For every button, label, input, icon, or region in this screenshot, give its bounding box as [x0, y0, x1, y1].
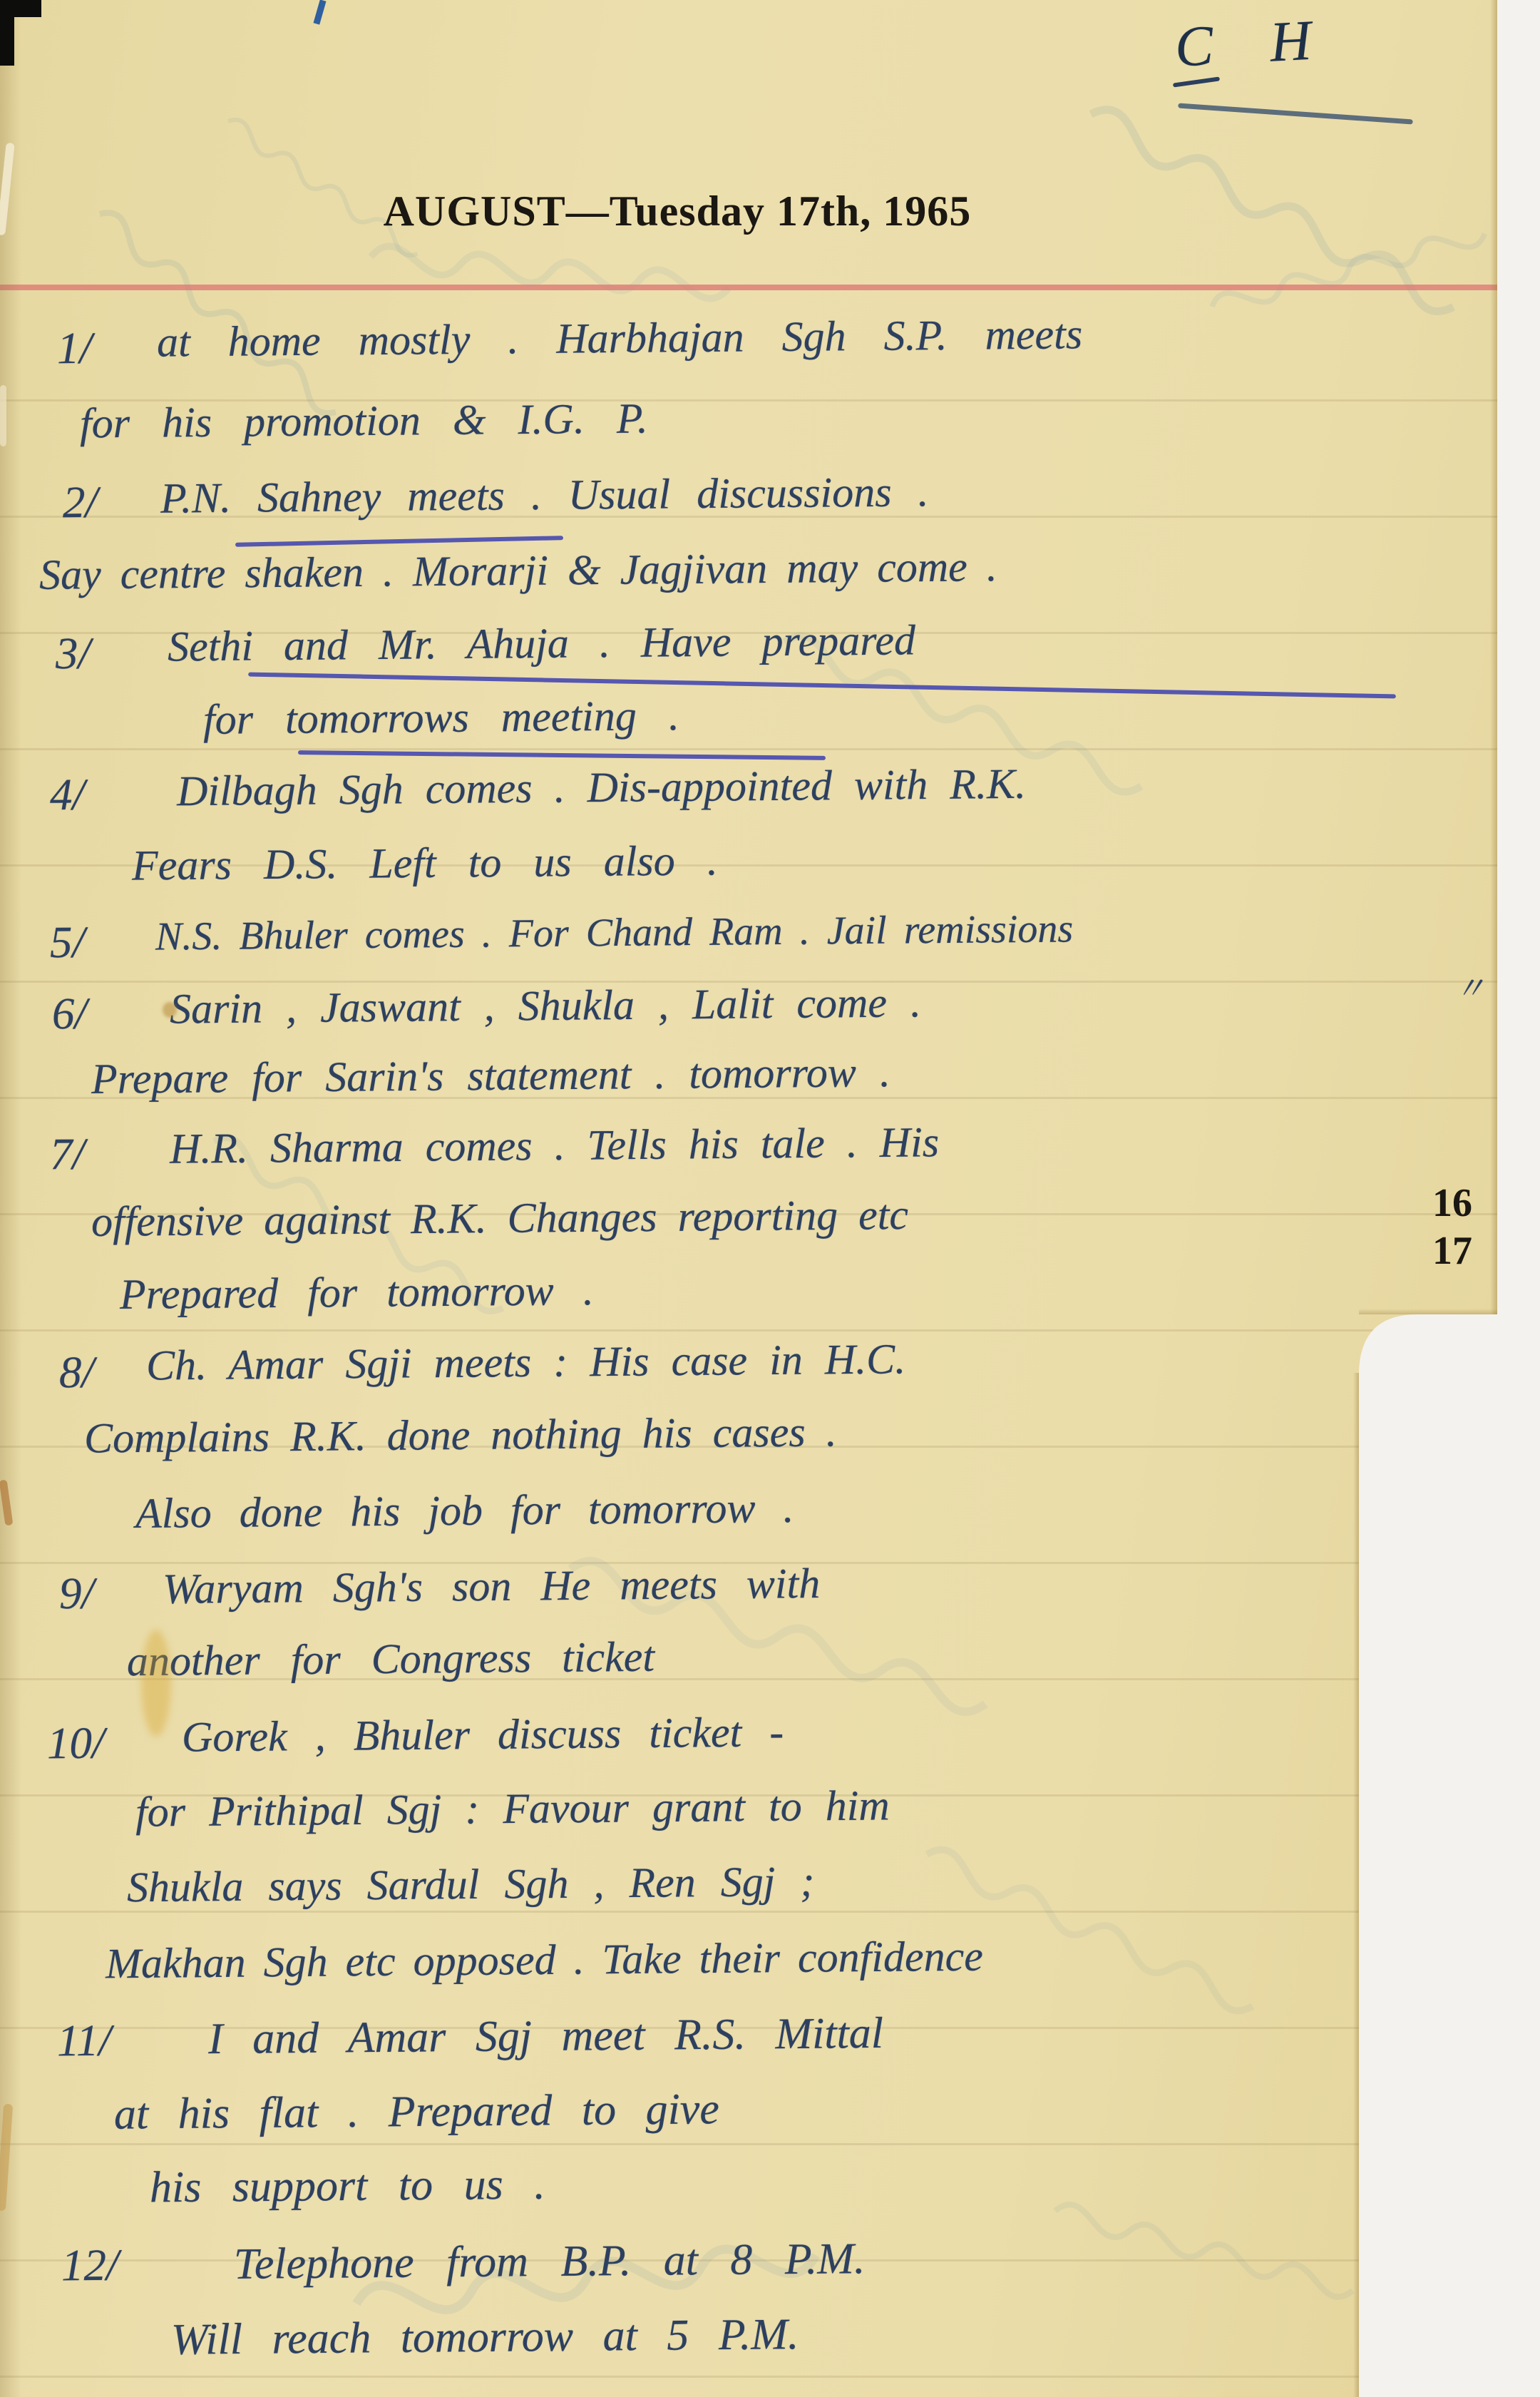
entry-number: 12/ — [61, 2239, 119, 2292]
entry-number: 6/ — [52, 988, 88, 1040]
red-header-rule — [0, 285, 1497, 290]
handwriting-line: his support to us . — [150, 2160, 545, 2214]
thumb-cut-edge-vertical — [1353, 1373, 1359, 2397]
handwriting-line: Telephone from B.P. at 8 P.M. — [234, 2234, 866, 2290]
handwriting-line: Sarin , Jaswant , Shukla , Lalit come . — [170, 978, 922, 1033]
entry-number: 7/ — [50, 1128, 86, 1180]
corner-mark-underline-long — [1178, 103, 1413, 124]
binding-thread — [0, 385, 6, 446]
paper-stain — [141, 1630, 171, 1737]
handwriting-line: Waryam Sgh's son He meets with — [163, 1559, 821, 1614]
handwriting-line: for his promotion & I.G. P. — [80, 394, 648, 449]
handwriting-line: Ch. Amar Sgji meets : His case in H.C. — [146, 1334, 906, 1390]
handwriting-line: Fears D.S. Left to us also . — [132, 836, 718, 890]
handwriting-line: N.S. Bhuler comes . For Chand Ram . Jail… — [155, 906, 1074, 959]
handwriting-line: Say centre shaken . Morarji & Jagjivan m… — [39, 542, 997, 600]
handwriting-line: H.R. Sharma comes . Tells his tale . His — [170, 1118, 940, 1173]
handwriting-line: Dilbagh Sgh comes . Dis-appointed with R… — [177, 760, 1027, 816]
entry-number: 3/ — [56, 628, 91, 680]
handwriting-line: Makhan Sgh etc opposed . Take their conf… — [106, 1932, 983, 1989]
entry-number: 2/ — [63, 476, 98, 528]
page-number-tab-17: 17 — [1383, 1228, 1472, 1274]
handwriting-line: for tomorrows meeting . — [203, 691, 679, 745]
entry-number: 8/ — [59, 1346, 95, 1399]
entry-number: 1/ — [57, 322, 93, 374]
scanned-diary-screenshot: AUGUST—Tuesday 17th, 1965 16 17 C H 1/ 2… — [0, 0, 1540, 2397]
ditto-mark: 〃 — [1454, 963, 1487, 1008]
scan-corner-mark — [0, 0, 41, 17]
entry-number: 4/ — [50, 769, 86, 821]
handwriting-line: Shukla says Sardul Sgh , Ren Sgj ; — [127, 1857, 815, 1912]
handwriting-line: Will reach tomorrow at 5 P.M. — [171, 2309, 799, 2366]
handwriting-line: offensive against R.K. Changes reporting… — [91, 1190, 909, 1247]
handwriting-line: another for Congress ticket — [127, 1632, 655, 1686]
entry-number: 11/ — [57, 2015, 111, 2068]
paper-stain — [163, 1002, 177, 1018]
entry-number: 10/ — [47, 1717, 105, 1770]
thumb-cut-edge-horizontal — [1359, 1309, 1497, 1314]
handwriting-line: for Prithipal Sgj : Favour grant to him — [135, 1781, 890, 1836]
page-right-edge — [1490, 0, 1497, 1314]
handwriting-line: Also done his job for tomorrow . — [135, 1483, 794, 1538]
page-number-tab-16: 16 — [1383, 1180, 1472, 1226]
corner-mark-handwritten: C H — [1174, 7, 1335, 80]
handwriting-line: at home mostly . Harbhajan Sgh S.P. meet… — [157, 310, 1083, 367]
binding-edge-shade — [0, 0, 21, 2397]
diary-page: AUGUST—Tuesday 17th, 1965 16 17 C H 1/ 2… — [0, 0, 1497, 2397]
handwriting-line: Sethi and Mr. Ahuja . Have prepared — [168, 615, 916, 671]
handwriting-line: Prepared for tomorrow . — [120, 1266, 594, 1319]
printed-date-header: AUGUST—Tuesday 17th, 1965 — [0, 187, 1355, 236]
handwriting-line: Complains R.K. done nothing his cases . — [84, 1407, 837, 1463]
handwriting-line: P.N. Sahney meets . Usual discussions . — [160, 467, 929, 523]
handwriting-line: at his flat . Prepared to give — [114, 2084, 719, 2140]
handwriting-line: Gorek , Bhuler discuss ticket - — [182, 1707, 784, 1762]
handwriting-line: I and Amar Sgj meet R.S. Mittal — [208, 2008, 884, 2065]
blue-ink-tick — [313, 0, 326, 25]
entry-number: 9/ — [59, 1568, 95, 1620]
entry-number: 5/ — [50, 916, 86, 968]
handwriting-line: Prepare for Sarin's statement . tomorrow… — [91, 1048, 890, 1104]
